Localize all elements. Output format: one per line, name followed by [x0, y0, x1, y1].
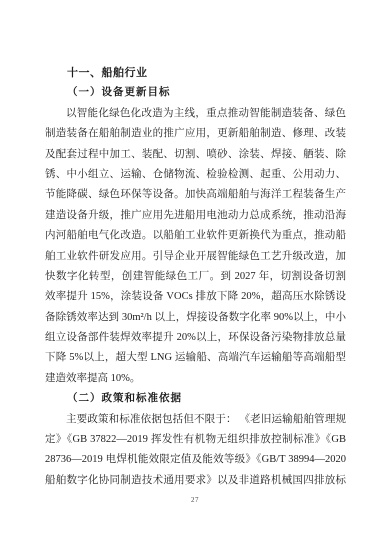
text-line: 主要政策和标准依据包括但不限于： 《老旧运输船舶管理规	[45, 410, 346, 430]
section-1-title: （一）设备更新目标	[67, 83, 346, 103]
section-2-body: 主要政策和标准依据包括但不限于： 《老旧运输船舶管理规 定》《GB 37822—…	[45, 410, 346, 492]
text-line: 组立设备部件装焊效率提升 20%以上，环保设备污染物排放总量	[45, 328, 346, 348]
document-page: 十一、船舶行业 （一）设备更新目标 以智能化绿色化改造为主线，重点推动智能制造装…	[0, 0, 390, 551]
text-line: 船舶数字化协同制造技术通用要求》以及非道路机械国四排放标	[45, 471, 346, 491]
chapter-heading: 十一、船舶行业	[67, 63, 346, 83]
text-line: 建造设备升级，推广应用先进船用电池动力总成系统，推动沿海	[45, 206, 346, 226]
text-line: 28736—2019 电焊机能效限定值及能效等级》《GB/T 38994—202…	[45, 450, 346, 470]
text-line: 定》《GB 37822—2019 挥发性有机物无组织排放控制标准》《GB	[45, 430, 346, 450]
text-line: 下降 5%以上，超大型 LNG 运输船、高端汽车运输船等高端船型	[45, 348, 346, 368]
page-number: 27	[0, 496, 390, 504]
text-line: 节能降碳、绿色环保等设备。加快高端船舶与海洋工程装备生产	[45, 185, 346, 205]
text-line: 舶工业软件研发应用。引导企业开展智能绿色工艺升级改造，加	[45, 247, 346, 267]
section-1-body: 以智能化绿色化改造为主线，重点推动智能制造装备、绿色 制造装备在船舶制造业的推广…	[45, 104, 346, 389]
text-line: 建造效率提高 10%。	[45, 369, 346, 389]
text-line: 快数字化转型，创建智能绿色工厂。到 2027 年，切割设备切割	[45, 267, 346, 287]
text-line: 内河船舶电气化改造。以船舶工业软件更新换代为重点，推动船	[45, 226, 346, 246]
text-line: 备除锈效率达到 30m²/h 以上，焊接设备数字化率 90%以上，中小	[45, 308, 346, 328]
text-line: 制造装备在船舶制造业的推广应用，更新船舶制造、修理、改装	[45, 124, 346, 144]
text-line: 效率提升 15%，涂装设备 VOCs 排放下降 20%，超高压水除锈设	[45, 287, 346, 307]
section-2-title: （二）政策和标准依据	[67, 389, 346, 409]
text-line: 以智能化绿色化改造为主线，重点推动智能制造装备、绿色	[45, 104, 346, 124]
text-line: 锈、中小组立、运输、仓储物流、检验检测、起重、公用动力、	[45, 165, 346, 185]
text-line: 及配套过程中加工、装配、切割、喷砂、涂装、焊接、舾装、除	[45, 145, 346, 165]
